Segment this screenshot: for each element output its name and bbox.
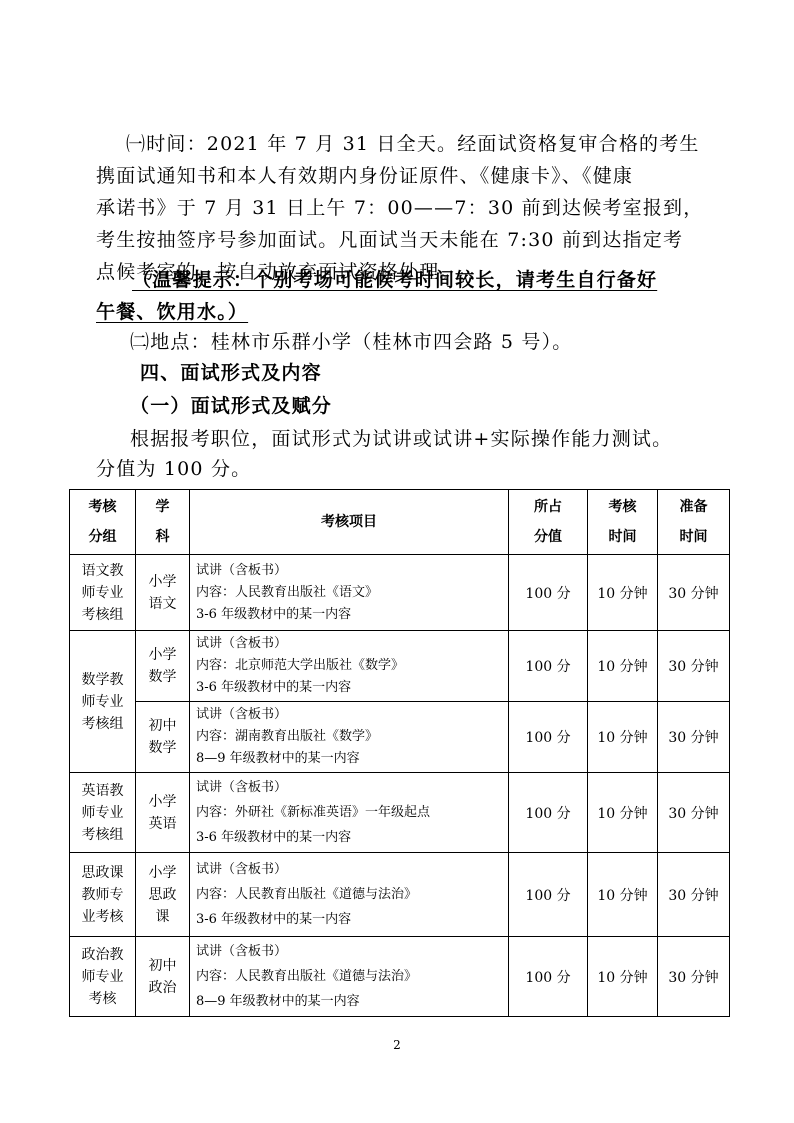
exam-time-cell: 10 分钟	[588, 773, 658, 853]
format-desc-line-2: 分值为 100 分。	[96, 453, 706, 485]
subsection-1-heading: （一）面试形式及赋分	[130, 390, 740, 422]
exam-format-table: 考核分组 学科 考核项目 所占分值 考核时间 准备时间 语文教师专业考核组 小学…	[69, 489, 730, 1017]
section-4-heading: 四、面试形式及内容	[140, 357, 750, 389]
prep-time-cell: 30 分钟	[658, 937, 730, 1017]
prep-time-cell: 30 分钟	[658, 702, 730, 773]
header-prep-time: 准备时间	[658, 490, 730, 555]
reminder-line-1: （温馨提示：个别考场可能候考时间较长，请考生自行备好	[132, 264, 742, 296]
table-row: 数学教师专业考核组 小学数学 试讲（含板书）内容：北京师范大学出版社《数学》3-…	[70, 631, 730, 702]
item-cell: 试讲（含板书）内容：人民教育出版社《语文》3-6 年级教材中的某一内容	[190, 555, 509, 631]
score-cell: 100 分	[509, 702, 588, 773]
subject-cell: 小学英语	[136, 773, 190, 853]
subject-cell: 小学思政课	[136, 853, 190, 937]
item-cell: 试讲（含板书）内容：北京师范大学出版社《数学》3-6 年级教材中的某一内容	[190, 631, 509, 702]
page-number: 2	[0, 1038, 794, 1052]
exam-time-cell: 10 分钟	[588, 702, 658, 773]
score-cell: 100 分	[509, 773, 588, 853]
item-cell: 试讲（含板书）内容：人民教育出版社《道德与法治》3-6 年级教材中的某一内容	[190, 853, 509, 937]
group-cell: 思政课教师专业考核	[70, 853, 136, 937]
subject-cell: 初中数学	[136, 702, 190, 773]
header-score: 所占分值	[509, 490, 588, 555]
prep-time-cell: 30 分钟	[658, 631, 730, 702]
header-subject: 学科	[136, 490, 190, 555]
prep-time-cell: 30 分钟	[658, 853, 730, 937]
exam-time-cell: 10 分钟	[588, 631, 658, 702]
reminder-line-2: 午餐、饮用水。）	[96, 296, 706, 328]
table-row: 初中数学 试讲（含板书）内容：湖南教育出版社《数学》8—9 年级教材中的某一内容…	[70, 702, 730, 773]
item-cell: 试讲（含板书）内容：人民教育出版社《道德与法治》8—9 年级教材中的某一内容	[190, 937, 509, 1017]
exam-time-cell: 10 分钟	[588, 937, 658, 1017]
time-paragraph-line-2: 携面试通知书和本人有效期内身份证原件、《健康卡》、《健康	[96, 160, 706, 192]
item-cell: 试讲（含板书）内容：湖南教育出版社《数学》8—9 年级教材中的某一内容	[190, 702, 509, 773]
time-paragraph-line-3: 承诺书》于 7 月 31 日上午 7：00——7：30 前到达候考室报到，	[96, 192, 706, 224]
subject-cell: 初中政治	[136, 937, 190, 1017]
subject-cell: 小学语文	[136, 555, 190, 631]
time-paragraph-line-1: ㈠时间：2021 年 7 月 31 日全天。经面试资格复审合格的考生	[126, 128, 706, 160]
table-row: 思政课教师专业考核 小学思政课 试讲（含板书）内容：人民教育出版社《道德与法治》…	[70, 853, 730, 937]
table-row: 英语教师专业考核组 小学英语 试讲（含板书）内容：外研社《新标准英语》一年级起点…	[70, 773, 730, 853]
format-desc-line-1: 根据报考职位，面试形式为试讲或试讲+实际操作能力测试。	[130, 423, 740, 455]
table-row: 政治教师专业考核 初中政治 试讲（含板书）内容：人民教育出版社《道德与法治》8—…	[70, 937, 730, 1017]
subject-cell: 小学数学	[136, 631, 190, 702]
score-cell: 100 分	[509, 631, 588, 702]
document-page: ㈠时间：2021 年 7 月 31 日全天。经面试资格复审合格的考生 携面试通知…	[0, 0, 794, 1123]
group-cell: 语文教师专业考核组	[70, 555, 136, 631]
group-cell: 英语教师专业考核组	[70, 773, 136, 853]
table-row: 语文教师专业考核组 小学语文 试讲（含板书）内容：人民教育出版社《语文》3-6 …	[70, 555, 730, 631]
group-cell: 数学教师专业考核组	[70, 631, 136, 773]
exam-time-cell: 10 分钟	[588, 555, 658, 631]
header-group: 考核分组	[70, 490, 136, 555]
item-cell: 试讲（含板书）内容：外研社《新标准英语》一年级起点3-6 年级教材中的某一内容	[190, 773, 509, 853]
prep-time-cell: 30 分钟	[658, 773, 730, 853]
header-exam-time: 考核时间	[588, 490, 658, 555]
table-header-row: 考核分组 学科 考核项目 所占分值 考核时间 准备时间	[70, 490, 730, 555]
exam-time-cell: 10 分钟	[588, 853, 658, 937]
header-item: 考核项目	[190, 490, 509, 555]
time-paragraph-line-4: 考生按抽签序号参加面试。凡面试当天未能在 7:30 前到达指定考	[96, 224, 706, 256]
score-cell: 100 分	[509, 937, 588, 1017]
group-cell: 政治教师专业考核	[70, 937, 136, 1017]
score-cell: 100 分	[509, 853, 588, 937]
location-paragraph: ㈡地点：桂林市乐群小学（桂林市四会路 5 号）。	[130, 326, 740, 358]
prep-time-cell: 30 分钟	[658, 555, 730, 631]
score-cell: 100 分	[509, 555, 588, 631]
